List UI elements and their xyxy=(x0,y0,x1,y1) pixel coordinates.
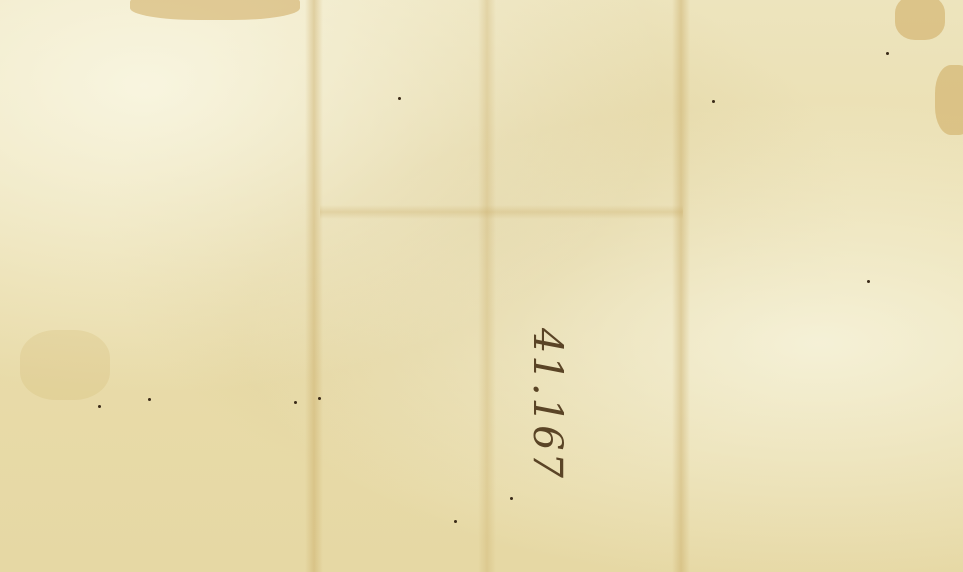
top-edge-stain xyxy=(130,0,300,20)
corner-stain-right-edge xyxy=(935,65,963,135)
ink-speck xyxy=(148,398,151,401)
ink-speck xyxy=(294,401,297,404)
ink-speck xyxy=(510,497,513,500)
handwritten-annotation: 41.167 xyxy=(524,328,570,480)
ink-speck xyxy=(867,280,870,283)
ink-speck xyxy=(712,100,715,103)
aged-paper: 41.167 xyxy=(0,0,963,572)
ink-speck xyxy=(454,520,457,523)
ink-speck xyxy=(886,52,889,55)
ink-speck xyxy=(98,405,101,408)
vertical-fold-right xyxy=(672,0,690,572)
stain-left xyxy=(20,330,110,400)
corner-stain-top-right xyxy=(895,0,945,40)
ink-speck xyxy=(398,97,401,100)
ink-speck xyxy=(318,397,321,400)
vertical-fold-middle xyxy=(478,0,496,572)
horizontal-crease xyxy=(320,205,683,219)
vertical-fold-left xyxy=(305,0,323,572)
